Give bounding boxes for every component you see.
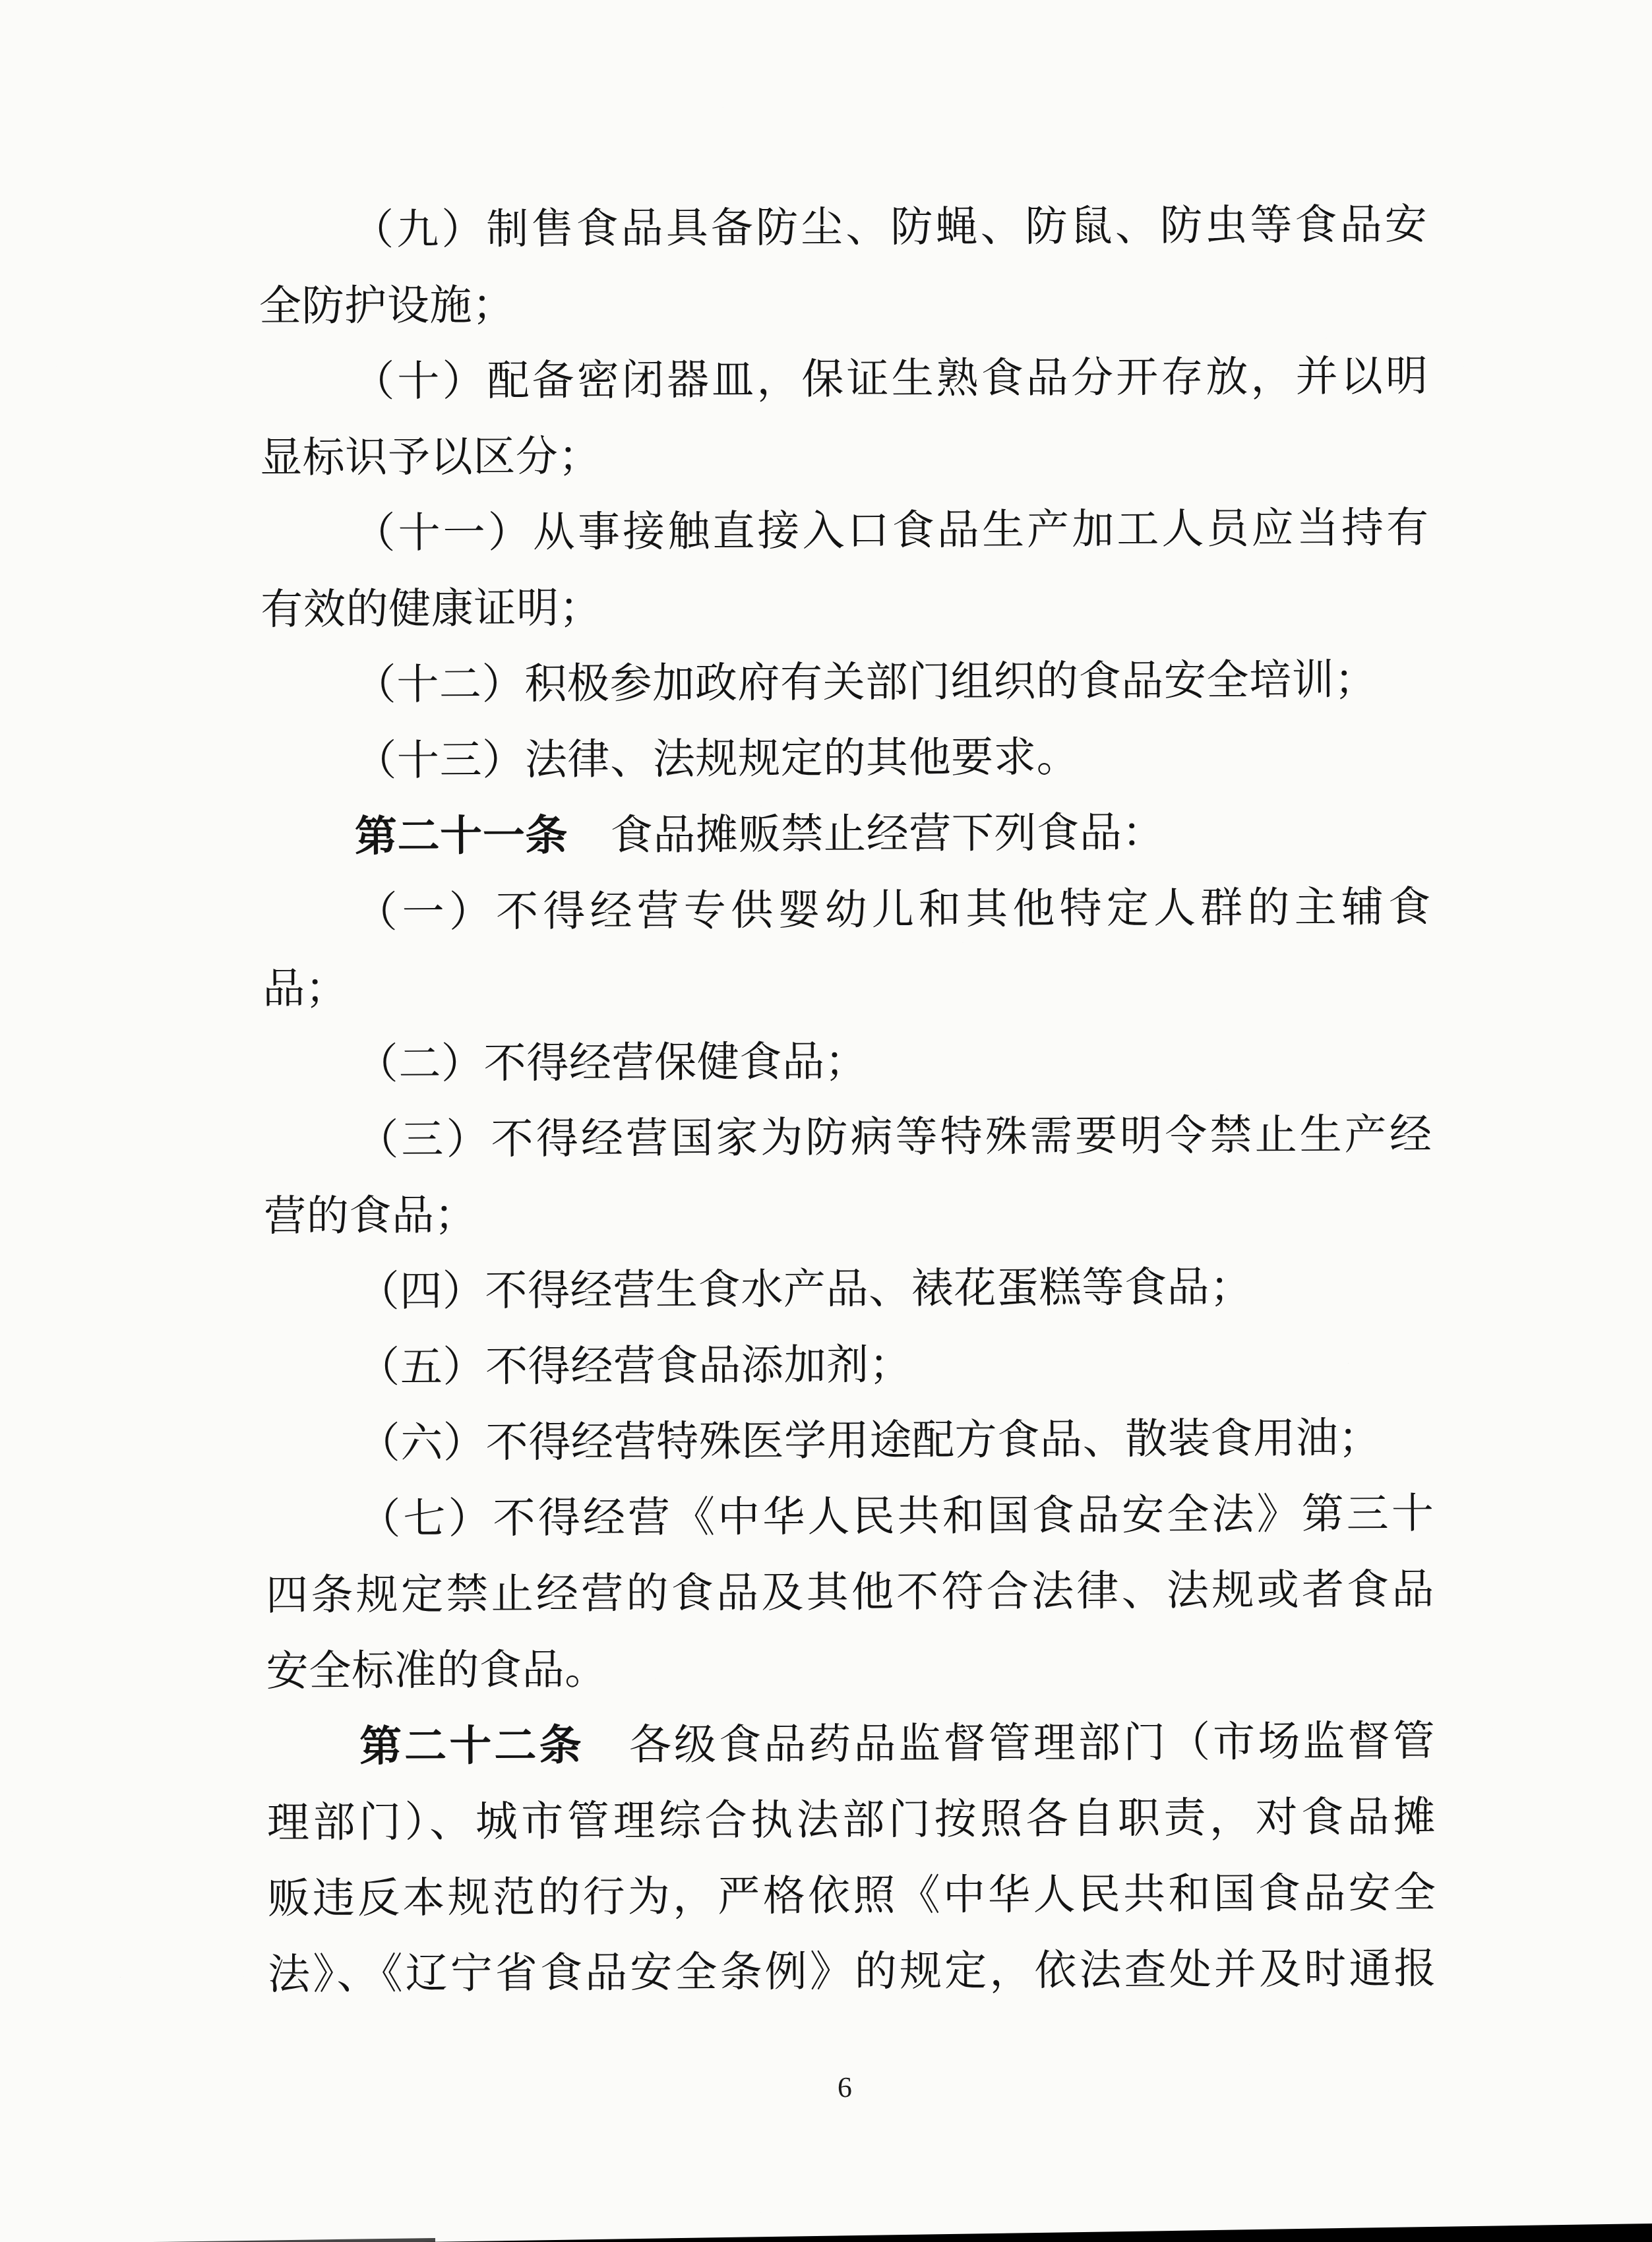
line-text: （四）不得经营生食水产品、裱花蛋糕等食品； bbox=[357, 1263, 1252, 1315]
line-text: （十三）法律、法规规定的其他要求。 bbox=[354, 733, 1079, 784]
text-line: 品； bbox=[262, 945, 1432, 1027]
line-text: 理部门）、城市管理综合执法部门按照各自职责，对食品摊 bbox=[267, 1794, 1436, 1846]
line-text: （九）制售食品具备防尘、防蝇、防鼠、防虫等食品安 bbox=[352, 201, 1428, 254]
text-line: 营的食品； bbox=[264, 1172, 1433, 1254]
text-line: 有效的健康证明； bbox=[260, 566, 1430, 648]
text-line: （五）不得经营食品添加剂； bbox=[264, 1324, 1434, 1406]
text-line: 第二十一条 食品摊贩禁止经营下列食品： bbox=[262, 793, 1431, 875]
document-body: （九）制售食品具备防尘、防蝇、防鼠、防虫等食品安全防护设施；（十）配备密闭器皿，… bbox=[259, 187, 1436, 2013]
text-line: （十一）从事接触直接入口食品生产加工人员应当持有 bbox=[260, 490, 1429, 572]
text-line: 法》、《辽宁省食品安全条例》的规定，依法查处并及时通报 bbox=[268, 1931, 1437, 2013]
line-text: （七）不得经营《中华人民共和国食品安全法》第三十 bbox=[358, 1490, 1434, 1543]
line-text: 全防护设施； bbox=[259, 282, 515, 330]
text-line: 第二十二条 各级食品药品监督管理部门（市场监督管 bbox=[266, 1703, 1436, 1785]
line-text: （五）不得经营食品添加剂； bbox=[357, 1341, 912, 1391]
text-line: （二）不得经营保健食品； bbox=[263, 1021, 1432, 1103]
line-text: 各级食品药品监督管理部门（市场监督管 bbox=[584, 1718, 1436, 1769]
scan-edge-artifact bbox=[422, 2224, 1652, 2242]
line-text: （十一）从事接触直接入口食品生产加工人员应当持有 bbox=[353, 504, 1429, 557]
text-line: （六）不得经营特殊医学用途配方食品、散装食用油； bbox=[265, 1400, 1434, 1482]
text-line: （十二）积极参加政府有关部门组织的食品安全培训； bbox=[261, 642, 1430, 723]
line-text: （三）不得经营国家为防病等特殊需要明令禁止生产经 bbox=[356, 1111, 1432, 1164]
text-line: （十）配备密闭器皿，保证生熟食品分开存放，并以明 bbox=[259, 338, 1428, 420]
line-text: 品； bbox=[262, 965, 348, 1012]
line-text: （二）不得经营保健食品； bbox=[356, 1038, 868, 1087]
text-line: （四）不得经营生食水产品、裱花蛋糕等食品； bbox=[264, 1248, 1433, 1330]
line-text: 贩违反本规范的行为，严格依照《中华人民共和国食品安全 bbox=[267, 1869, 1436, 1922]
text-line: 显标识予以区分； bbox=[260, 414, 1429, 496]
line-text: （十二）积极参加政府有关部门组织的食品安全培训； bbox=[354, 656, 1378, 708]
text-line: （三）不得经营国家为防病等特殊需要明令禁止生产经 bbox=[263, 1097, 1432, 1178]
line-text: （一）不得经营专供婴幼儿和其他特定人群的主辅食 bbox=[355, 884, 1431, 936]
scanned-document-page: （九）制售食品具备防尘、防蝇、防鼠、防虫等食品安全防护设施；（十）配备密闭器皿，… bbox=[0, 0, 1652, 2242]
line-text: 营的食品； bbox=[264, 1192, 477, 1240]
line-text: 食品摊贩禁止经营下列食品： bbox=[568, 809, 1165, 859]
text-line: （九）制售食品具备防尘、防蝇、防鼠、防虫等食品安 bbox=[259, 187, 1428, 268]
line-text: （十）配备密闭器皿，保证生熟食品分开存放，并以明 bbox=[352, 353, 1428, 406]
text-line: （七）不得经营《中华人民共和国食品安全法》第三十 bbox=[265, 1476, 1434, 1558]
line-text: 四条规定禁止经营的食品及其他不符合法律、法规或者食品 bbox=[266, 1566, 1434, 1619]
page-number: 6 bbox=[838, 2072, 852, 2104]
text-line: （一）不得经营专供婴幼儿和其他特定人群的主辅食 bbox=[262, 869, 1431, 951]
text-line: （十三）法律、法规规定的其他要求。 bbox=[261, 717, 1430, 799]
line-text: 有效的健康证明； bbox=[260, 584, 601, 633]
text-line: 理部门）、城市管理综合执法部门按照各自职责，对食品摊 bbox=[267, 1779, 1436, 1861]
text-line: 四条规定禁止经营的食品及其他不符合法律、法规或者食品 bbox=[266, 1552, 1435, 1633]
article-heading: 第二十二条 bbox=[359, 1722, 584, 1770]
article-heading: 第二十一条 bbox=[355, 812, 568, 861]
line-text: 显标识予以区分； bbox=[260, 433, 601, 481]
line-text: 法》、《辽宁省食品安全条例》的规定，依法查处并及时通报 bbox=[268, 1945, 1436, 1998]
text-line: 贩违反本规范的行为，严格依照《中华人民共和国食品安全 bbox=[267, 1855, 1436, 1937]
line-text: 安全标准的食品。 bbox=[266, 1646, 607, 1695]
line-text: （六）不得经营特殊医学用途配方食品、散装食用油； bbox=[358, 1414, 1382, 1467]
text-line: 安全标准的食品。 bbox=[266, 1627, 1435, 1709]
scan-edge-artifact-thin bbox=[152, 2238, 435, 2242]
text-line: 全防护设施； bbox=[259, 262, 1428, 344]
